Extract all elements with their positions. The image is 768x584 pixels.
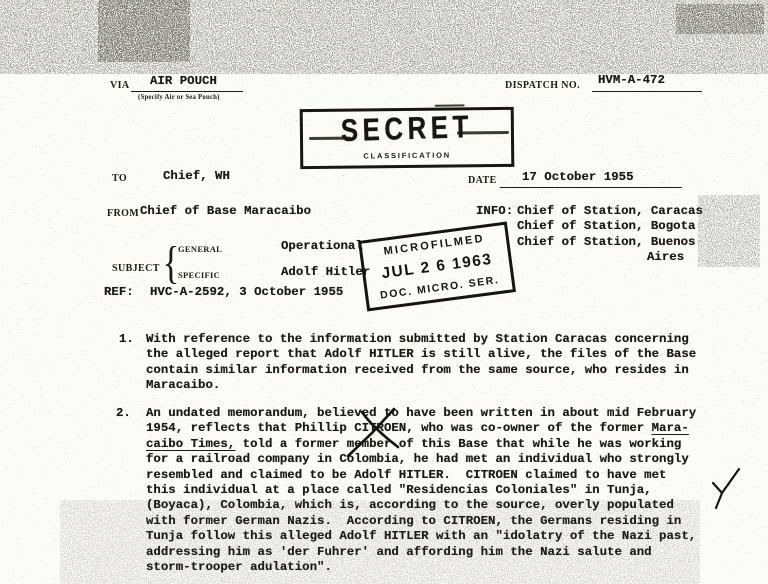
body-line: caibo Times, told a former member of thi… — [146, 437, 721, 452]
scan-noise-top-band — [0, 0, 768, 74]
ref-label: REF: — [104, 285, 134, 300]
subject-label: SUBJECT — [112, 263, 160, 274]
scanned-dispatch-document: VIA AIR POUCH (Specify Air or Sea Pouch)… — [0, 0, 768, 584]
body-line: this individual at a place called "Resid… — [146, 483, 721, 498]
to-label: TO — [112, 173, 127, 184]
body-line: for a railroad company in Colombia, he h… — [146, 452, 721, 467]
ref-value: HVC-A-2592, 3 October 1955 — [150, 285, 343, 300]
via-label: VIA — [110, 80, 130, 91]
dispatch-no-value: HVM-A-472 — [598, 73, 665, 88]
paragraph-2: An undated memorandum, believed to have … — [146, 406, 721, 575]
paragraph-1-number: 1. — [119, 332, 134, 347]
scan-noise-streak-right — [676, 4, 764, 34]
subject-brace: { — [163, 238, 180, 288]
body-line: An undated memorandum, believed to have … — [146, 406, 721, 421]
body-line: (Boyaca), Colombia, which is, according … — [146, 498, 721, 513]
date-value: 17 October 1955 — [522, 170, 634, 185]
scan-noise-streak-left — [98, 0, 190, 62]
subject-specific-value: Adolf Hitler — [281, 265, 370, 280]
date-underline — [500, 187, 682, 188]
info-line: Chief of Station, Buenos — [517, 235, 703, 250]
body-line: Maracaibo. — [146, 378, 721, 393]
via-underline — [131, 91, 243, 92]
to-value: Chief, WH — [163, 169, 230, 184]
body-line: contain similar information received fro… — [146, 363, 721, 378]
scan-noise-margin-smudge — [698, 195, 760, 267]
subject-specific-label: SPECIFIC — [178, 270, 220, 280]
from-value: Chief of Base Maracaibo — [140, 204, 311, 219]
body-line: storm-trooper adulation". — [146, 560, 721, 575]
via-value: AIR POUCH — [150, 74, 217, 89]
body-line: Tunja follow this alleged Adolf HITLER w… — [146, 529, 721, 544]
dispatch-no-label: DISPATCH NO. — [505, 80, 580, 91]
stamp-smear-top — [435, 104, 465, 107]
from-label: FROM — [107, 208, 139, 219]
subject-general-value: Operational — [281, 239, 363, 254]
secret-stamp-word: SECRET — [311, 108, 503, 150]
body-line: With reference to the information submit… — [146, 332, 721, 347]
microfilm-stamp: MICROFILMED JUL 2 6 1963 DOC. MICRO. SER… — [358, 222, 516, 312]
paragraph-2-number: 2. — [116, 406, 131, 421]
via-hint: (Specify Air or Sea Pouch) — [138, 94, 220, 101]
info-line: Chief of Station, Caracas — [517, 204, 703, 219]
body-line: with former German Nazis. According to C… — [146, 514, 721, 529]
dispatch-no-underline — [592, 91, 702, 92]
info-label: INFO: — [476, 204, 513, 219]
subject-general-label: GENERAL — [178, 244, 222, 254]
info-line: Chief of Station, Bogota — [517, 219, 703, 234]
stamp-smear-right — [457, 131, 509, 134]
stamp-smear-left — [309, 137, 351, 140]
body-line: the alleged report that Adolf HITLER is … — [146, 347, 721, 362]
paragraph-1: With reference to the information submit… — [146, 332, 721, 394]
info-lines: Chief of Station, CaracasChief of Statio… — [517, 204, 703, 266]
body-line: resembled and claimed to be Adolf HITLER… — [146, 468, 721, 483]
body-line: addressing him as 'der Fuhrer' and affor… — [146, 545, 721, 560]
info-line: Aires — [517, 250, 703, 265]
date-label: DATE — [468, 175, 497, 186]
classification-caption: CLASSIFICATION — [303, 150, 511, 161]
body-line: 1954, reflects that Phillip CITROEN, who… — [146, 421, 721, 436]
classification-stamp: SECRET CLASSIFICATION — [300, 107, 515, 169]
